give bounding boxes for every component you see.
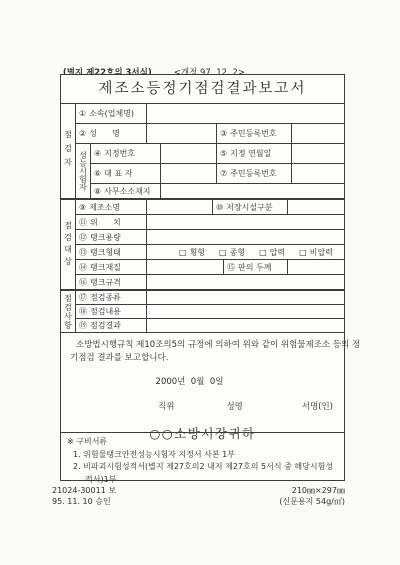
subsection-tester: 성능시험자 ④지정번호 ⑤지정 연월일 ⑥대 표 자: [76, 144, 344, 198]
checkbox-icon[interactable]: □: [259, 248, 267, 257]
affiliation-label: ①소속(업체명): [76, 104, 147, 123]
print-footer: 21024-30011 보 95. 11. 10 승인 210㎜×297㎜ (신…: [52, 485, 345, 507]
storage-type-label: ⑩저장시설구분: [213, 200, 288, 214]
declaration-line1: 소방법시행규칙 제10조의5의 규정에 의하여 위와 같이 위험물제조소 등의 …: [70, 339, 335, 352]
tank-material-value[interactable]: [147, 260, 224, 274]
attachments-block: ※ 구비서류 1. 위험물탱크안전성능시험자 지정서 사본 1부 2. 비파괴시…: [61, 432, 344, 486]
row-facility-name: ⑨제조소명 ⑩저장시설구분: [76, 200, 344, 215]
inspection-content-value[interactable]: [147, 305, 344, 318]
designation-date-label: ⑤지정 연월일: [217, 144, 292, 163]
tank-shape-label: ⑬탱크형태: [76, 245, 147, 259]
affiliation-value[interactable]: [147, 104, 344, 123]
form-table: 점검자 ①소속(업체명) ②성 명 ③주민등록번호 성능시험자: [61, 104, 344, 333]
row-office-address: ⑧사무소소재지: [91, 184, 344, 198]
row-affiliation: ①소속(업체명): [76, 104, 344, 124]
row-designation-no: ④지정번호 ⑤지정 연월일: [91, 144, 344, 164]
resident-no-value[interactable]: [292, 124, 344, 143]
row-inspection-content: ⑱점검내용: [76, 305, 344, 319]
office-address-value[interactable]: [161, 184, 344, 198]
row-location: ⑪위 치: [76, 215, 344, 230]
signature-sign-label: 서명(인): [302, 400, 333, 412]
facility-name-value[interactable]: [147, 200, 213, 214]
location-value[interactable]: [147, 215, 344, 229]
declaration-block: 소방법시행규칙 제10조의5의 규정에 의하여 위와 같이 위험물제조소 등의 …: [61, 333, 344, 432]
paper-size: 210㎜×297㎜: [279, 485, 345, 496]
representative-label: ⑥대 표 자: [91, 164, 161, 183]
rep-resident-no-value[interactable]: [292, 164, 344, 183]
designation-no-value[interactable]: [161, 144, 217, 163]
print-footer-left: 21024-30011 보 95. 11. 10 승인: [52, 485, 116, 507]
checkbox-vertical[interactable]: □종형: [219, 247, 245, 258]
inspection-result-label: ⑲점검결과: [76, 319, 147, 332]
tank-spec-value[interactable]: [147, 275, 344, 289]
checkbox-pressure[interactable]: □압력: [259, 247, 285, 258]
row-inspection-result: ⑲점검결과: [76, 319, 344, 332]
representative-value[interactable]: [161, 164, 217, 183]
form-box: 제조소등정기점검결과보고서 점검자 ①소속(업체명) ②성 명 ③주민등록번호: [60, 74, 345, 481]
inspector-name-value[interactable]: [147, 124, 217, 143]
designation-date-value[interactable]: [292, 144, 344, 163]
section-items-label: 점검사항: [61, 291, 76, 332]
row-tank-capacity: ⑫탱크용량: [76, 230, 344, 245]
doc-code: 21024-30011 보: [52, 485, 116, 496]
tank-capacity-value[interactable]: [147, 230, 344, 244]
checkbox-icon[interactable]: □: [179, 248, 187, 257]
form-title: 제조소등정기점검결과보고서: [61, 75, 344, 104]
attachment-item-2: 2. 비파괴시험성적서(별지 제27호의2 내지 제27호의 5서식 중 해당시…: [67, 461, 338, 486]
inspection-type-label: ⑰점검종류: [76, 291, 147, 304]
row-inspection-type: ⑰점검종류: [76, 291, 344, 305]
checkbox-non-pressure[interactable]: □비압력: [299, 247, 333, 258]
paper-type: (신문용지 54g/㎡): [279, 496, 345, 507]
storage-type-value[interactable]: [288, 200, 344, 214]
facility-name-label: ⑨제조소명: [76, 200, 147, 214]
tank-material-label: ⑭탱크재질: [76, 260, 147, 274]
office-address-label: ⑧사무소소재지: [91, 184, 161, 198]
date-line: 2000년 0월 0일: [70, 375, 335, 387]
declaration-line2: 기점검 결과를 보고합니다.: [70, 352, 335, 365]
attachment-item-1: 1. 위험물탱크안전성능시험자 지정서 사본 1부: [67, 449, 338, 462]
inspector-name-label: ②성 명: [76, 124, 147, 143]
signature-position-label: 직위: [158, 400, 174, 412]
row-inspector-name: ②성 명 ③주민등록번호: [76, 124, 344, 144]
section-target-label: 점검대상: [61, 200, 76, 289]
tank-capacity-label: ⑫탱크용량: [76, 230, 147, 244]
designation-no-label: ④지정번호: [91, 144, 161, 163]
rep-resident-no-label: ⑦주민등록번호: [217, 164, 292, 183]
inspection-content-label: ⑱점검내용: [76, 305, 147, 318]
location-label: ⑪위 치: [76, 215, 147, 229]
signature-line: 직위 성명 서명(인): [70, 400, 335, 412]
row-tank-shape: ⑬탱크형태 □횡형 □종형 □압력 □비압력: [76, 245, 344, 260]
signature-name-label: 성명: [226, 400, 242, 412]
section-items: 점검사항 ⑰점검종류 ⑱점검내용 ⑲점검결과: [61, 291, 344, 333]
resident-no-label: ③주민등록번호: [217, 124, 292, 143]
row-tank-spec: ⑯탱크규격: [76, 275, 344, 289]
checkbox-horizontal[interactable]: □횡형: [179, 247, 205, 258]
attachments-heading: ※ 구비서류: [67, 436, 338, 449]
print-footer-right: 210㎜×297㎜ (신문용지 54g/㎡): [279, 485, 345, 507]
tank-spec-label: ⑯탱크규격: [76, 275, 147, 289]
section-inspector: 점검자 ①소속(업체명) ②성 명 ③주민등록번호 성능시험자: [61, 104, 344, 200]
row-tank-material: ⑭탱크재질 ⑮판의 두께: [76, 260, 344, 275]
inspection-result-value[interactable]: [147, 319, 344, 332]
scanned-form-page: (별지 제22호의 3서식)<개정 97. 12. 2> 제조소등정기점검결과보…: [0, 0, 400, 565]
approval-date: 95. 11. 10 승인: [52, 496, 116, 507]
checkbox-icon[interactable]: □: [299, 248, 307, 257]
section-target: 점검대상 ⑨제조소명 ⑩저장시설구분 ⑪위 치 ⑫탱크용량: [61, 200, 344, 291]
checkbox-icon[interactable]: □: [219, 248, 227, 257]
tank-shape-options: □횡형 □종형 □압력 □비압력: [147, 245, 344, 259]
plate-thickness-label: ⑮판의 두께: [224, 260, 288, 274]
plate-thickness-value[interactable]: [288, 260, 344, 274]
row-representative: ⑥대 표 자 ⑦주민등록번호: [91, 164, 344, 184]
section-inspector-label: 점검자: [61, 104, 76, 198]
subsection-tester-label: 성능시험자: [76, 144, 91, 198]
inspection-type-value[interactable]: [147, 291, 344, 304]
